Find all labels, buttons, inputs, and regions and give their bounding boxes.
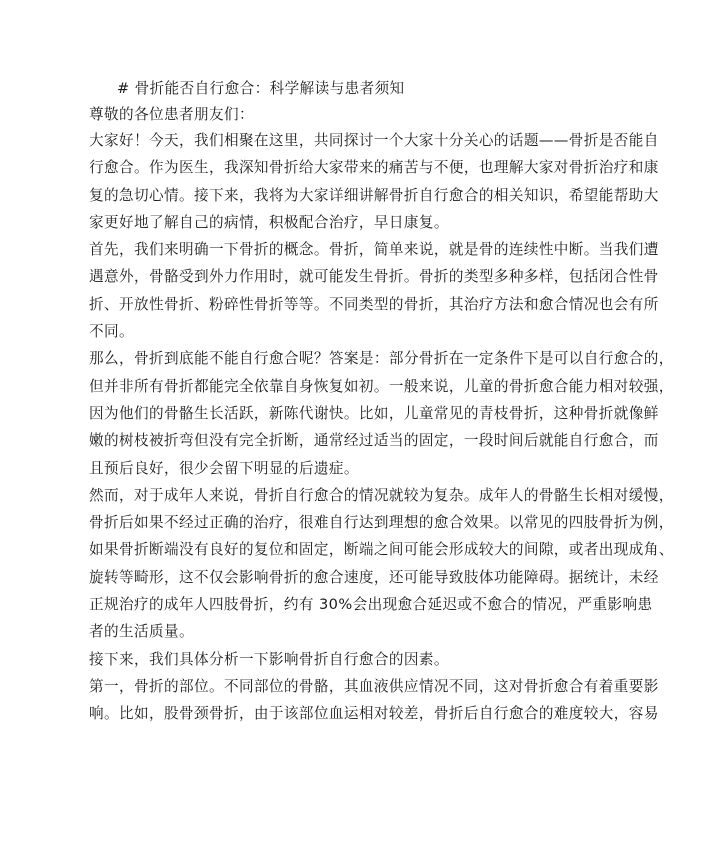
text-line: 第一，骨折的部位。不同部位的骨骼，其血液供应情况不同，这对骨折愈合有着重要影 (89, 673, 619, 700)
paragraph-factor-location: 第一，骨折的部位。不同部位的骨骼，其血液供应情况不同，这对骨折愈合有着重要影 响… (89, 673, 619, 728)
text-line: 然而，对于成年人来说，骨折自行愈合的情况就较为复杂。成年人的骨骼生长相对缓慢， (89, 482, 619, 509)
text-line: 如果骨折断端没有良好的复位和固定，断端之间可能会形成较大的间隙，或者出现成角、 (89, 536, 619, 563)
text-line: 旋转等畸形，这不仅会影响骨折的愈合速度，还可能导致肢体功能障碍。据统计，未经 (89, 564, 619, 591)
text-line: 且预后良好，很少会留下明显的后遗症。 (89, 455, 619, 482)
text-line: 因为他们的骨骼生长活跃，新陈代谢快。比如，儿童常见的青枝骨折，这种骨折就像鲜 (89, 400, 619, 427)
text-line: 嫩的树枝被折弯但没有完全折断，通常经过适当的固定，一段时间后就能自行愈合，而 (89, 427, 619, 454)
document-title: # 骨折能否自行愈合：科学解读与患者须知 (89, 76, 619, 102)
text-line: 正规治疗的成年人四肢骨折，约有 30%会出现愈合延迟或不愈合的情况，严重影响患 (89, 591, 619, 618)
paragraph-adults: 然而，对于成年人来说，骨折自行愈合的情况就较为复杂。成年人的骨骼生长相对缓慢， … (89, 482, 619, 646)
paragraph-concept: 首先，我们来明确一下骨折的概念。骨折，简单来说，就是骨的连续性中断。当我们遭 遇… (89, 236, 619, 345)
text-line: 不同。 (89, 318, 619, 345)
paragraph-children: 那么，骨折到底能不能自行愈合呢？答案是：部分骨折在一定条件下是可以自行愈合的， … (89, 345, 619, 481)
text-line: 骨折后如果不经过正确的治疗，很难自行达到理想的愈合效果。以常见的四肢骨折为例， (89, 509, 619, 536)
text-line: 行愈合。作为医生，我深知骨折给大家带来的痛苦与不便，也理解大家对骨折治疗和康 (89, 154, 619, 181)
text-line: 大家好！今天，我们相聚在这里，共同探讨一个大家十分关心的话题——骨折是否能自 (89, 127, 619, 154)
text-line: 那么，骨折到底能不能自行愈合呢？答案是：部分骨折在一定条件下是可以自行愈合的， (89, 345, 619, 372)
text-line: 遇意外，骨骼受到外力作用时，就可能发生骨折。骨折的类型多种多样，包括闭合性骨 (89, 263, 619, 290)
greeting: 尊敬的各位患者朋友们： (89, 102, 619, 127)
text-line: 复的急切心情。接下来，我将为大家详细讲解骨折自行愈合的相关知识，希望能帮助大 (89, 182, 619, 209)
text-line: 响。比如，股骨颈骨折，由于该部位血运相对较差，骨折后自行愈合的难度较大，容易 (89, 700, 619, 727)
text-line: 但并非所有骨折都能完全依靠自身恢复如初。一般来说，儿童的骨折愈合能力相对较强， (89, 373, 619, 400)
document-page: # 骨折能否自行愈合：科学解读与患者须知 尊敬的各位患者朋友们： 大家好！今天，… (89, 76, 619, 728)
paragraph-intro: 大家好！今天，我们相聚在这里，共同探讨一个大家十分关心的话题——骨折是否能自 行… (89, 127, 619, 236)
text-line: 折、开放性骨折、粉碎性骨折等等。不同类型的骨折，其治疗方法和愈合情况也会有所 (89, 291, 619, 318)
text-line: 家更好地了解自己的病情，积极配合治疗，早日康复。 (89, 209, 619, 236)
text-line: 首先，我们来明确一下骨折的概念。骨折，简单来说，就是骨的连续性中断。当我们遭 (89, 236, 619, 263)
paragraph-factors-intro: 接下来，我们具体分析一下影响骨折自行愈合的因素。 (89, 646, 619, 673)
text-line: 接下来，我们具体分析一下影响骨折自行愈合的因素。 (89, 646, 619, 673)
text-line: 者的生活质量。 (89, 618, 619, 645)
